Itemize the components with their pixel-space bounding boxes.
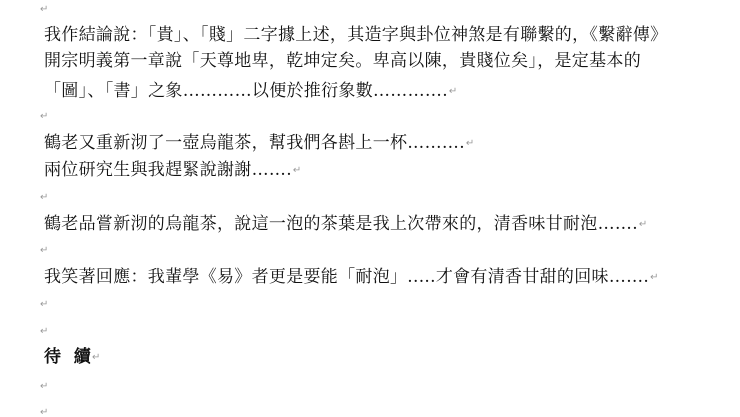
paragraph-line[interactable]: 鶴老又重新沏了一壺烏龍茶，幫我們各斟上一杯……….↵ (44, 132, 475, 154)
to-be-continued-line[interactable]: 待 續↵ (44, 346, 101, 368)
paragraph-line[interactable]: 兩位研究生與我趕緊說謝謝…….↵ (44, 159, 302, 181)
paragraph-line[interactable]: 我作結論說：「貴」、「賤」二字據上述，其造字與卦位神煞是有聯繫的，《繫辭傳》 (44, 24, 667, 46)
paragraph-mark: ↵ (40, 4, 48, 16)
paragraph-mark: ↵ (40, 326, 48, 338)
paragraph-mark: ↵ (466, 138, 475, 149)
line-text: 「圖」、「書」之象…………以便於推衍象數…………. (44, 81, 448, 101)
document-page[interactable]: ↵ 我作結論說：「貴」、「賤」二字據上述，其造字與卦位神煞是有聯繫的，《繫辭傳》… (0, 0, 740, 417)
paragraph-mark: ↵ (40, 299, 48, 311)
paragraph-mark: ↵ (92, 352, 101, 363)
paragraph-mark: ↵ (40, 245, 48, 257)
paragraph-mark: ↵ (650, 272, 659, 283)
paragraph-mark: ↵ (40, 407, 48, 417)
paragraph-mark: ↵ (449, 86, 458, 97)
paragraph-mark: ↵ (40, 111, 48, 123)
line-text: 待 續 (44, 347, 91, 367)
paragraph-mark: ↵ (639, 219, 648, 230)
line-text: 兩位研究生與我趕緊說謝謝……. (44, 160, 292, 180)
line-text: 鶴老品嘗新沏的烏龍茶，說這一泡的茶葉是我上次帶來的，清香味甘耐泡……. (44, 214, 638, 234)
line-text: 我作結論說：「貴」、「賤」二字據上述，其造字與卦位神煞是有聯繫的，《繫辭傳》 (44, 25, 667, 45)
paragraph-mark: ↵ (293, 165, 302, 176)
paragraph-mark: ↵ (40, 381, 48, 393)
paragraph-line[interactable]: 我笑著回應：我輩學《易》者更是要能「耐泡」.....才會有清香甘甜的回味…….↵ (44, 266, 659, 288)
paragraph-line[interactable]: 鶴老品嘗新沏的烏龍茶，說這一泡的茶葉是我上次帶來的，清香味甘耐泡…….↵ (44, 213, 648, 235)
paragraph-mark: ↵ (40, 192, 48, 204)
line-text: 我笑著回應：我輩學《易》者更是要能「耐泡」.....才會有清香甘甜的回味……. (44, 267, 649, 287)
line-text: 鶴老又重新沏了一壺烏龍茶，幫我們各斟上一杯………. (44, 133, 465, 153)
paragraph-line[interactable]: 開宗明義第一章說「天尊地卑，乾坤定矣。卑高以陳，貴賤位矣」，是定基本的 (44, 50, 641, 72)
line-text: 開宗明義第一章說「天尊地卑，乾坤定矣。卑高以陳，貴賤位矣」，是定基本的 (44, 51, 641, 71)
paragraph-line[interactable]: 「圖」、「書」之象…………以便於推衍象數………….↵ (44, 80, 458, 102)
